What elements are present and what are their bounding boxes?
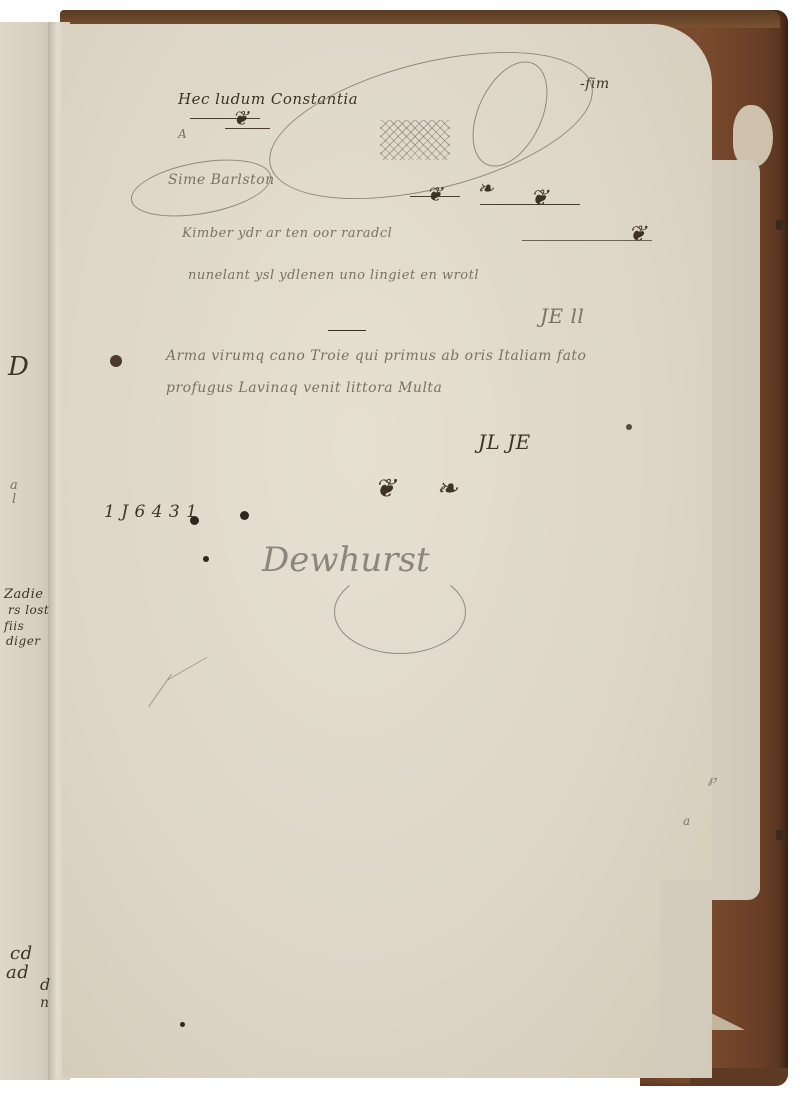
ink-blot <box>626 424 632 430</box>
verse-line: Arma virumq cano Troie qui primus ab ori… <box>166 348 586 364</box>
leather-wear-patch <box>733 105 773 167</box>
pen-stroke <box>328 330 366 331</box>
clasp-nail-icon <box>776 830 783 840</box>
ink-blot <box>240 511 249 520</box>
corner-mark: a <box>683 814 691 828</box>
monogram-icon: ❧ <box>477 176 494 200</box>
marginal-mark: A <box>178 127 187 141</box>
initials: JL JE <box>478 430 531 454</box>
monogram-icon: ❦ <box>530 186 549 211</box>
signature-flourish <box>334 570 466 654</box>
clasp-nail-icon <box>776 220 783 230</box>
ink-blot <box>180 1022 185 1027</box>
verse-line: profugus Lavinaq venit littora Multa <box>166 380 442 396</box>
signature: Sime Barlston <box>168 172 275 188</box>
faint-text-line: nunelant ysl ydlenen uno lingiet en wrot… <box>188 268 479 283</box>
monogram-icon: ❦ <box>232 106 249 130</box>
initials: JE ll <box>540 304 584 328</box>
monogram-icon: ❦ <box>374 474 396 504</box>
left-fragment: cd <box>10 943 33 964</box>
binding-mark: ℘ <box>708 772 717 786</box>
pen-stroke <box>225 128 270 129</box>
monogram-icon: ❧ <box>436 474 458 504</box>
left-fragment: n <box>40 995 50 1011</box>
faint-text-line: Kimber ydr ar ten oor raradcl <box>182 226 392 241</box>
left-fragment: l <box>12 492 17 507</box>
flyleaf-lower-extension <box>660 880 710 1070</box>
ink-blot <box>203 556 209 562</box>
left-fragment: a <box>10 478 18 493</box>
left-fragment: D <box>8 352 29 382</box>
left-fragment: d <box>40 975 51 994</box>
monogram-icon: ❦ <box>628 222 647 247</box>
left-fragment: ad <box>6 962 29 983</box>
left-fragment: rs lost <box>8 603 49 617</box>
left-facing-page <box>0 22 55 1080</box>
left-fragment: diger <box>6 634 41 648</box>
left-fragment: Zadie <box>4 587 43 602</box>
crosshatch-sketch <box>380 120 450 160</box>
monogram-icon: ❦ <box>426 182 443 206</box>
ink-blot <box>110 355 122 367</box>
date-numerals: 1 J 6 4 3 1 <box>104 502 197 522</box>
pen-stroke <box>190 118 260 119</box>
left-fragment: fiis <box>4 619 24 633</box>
